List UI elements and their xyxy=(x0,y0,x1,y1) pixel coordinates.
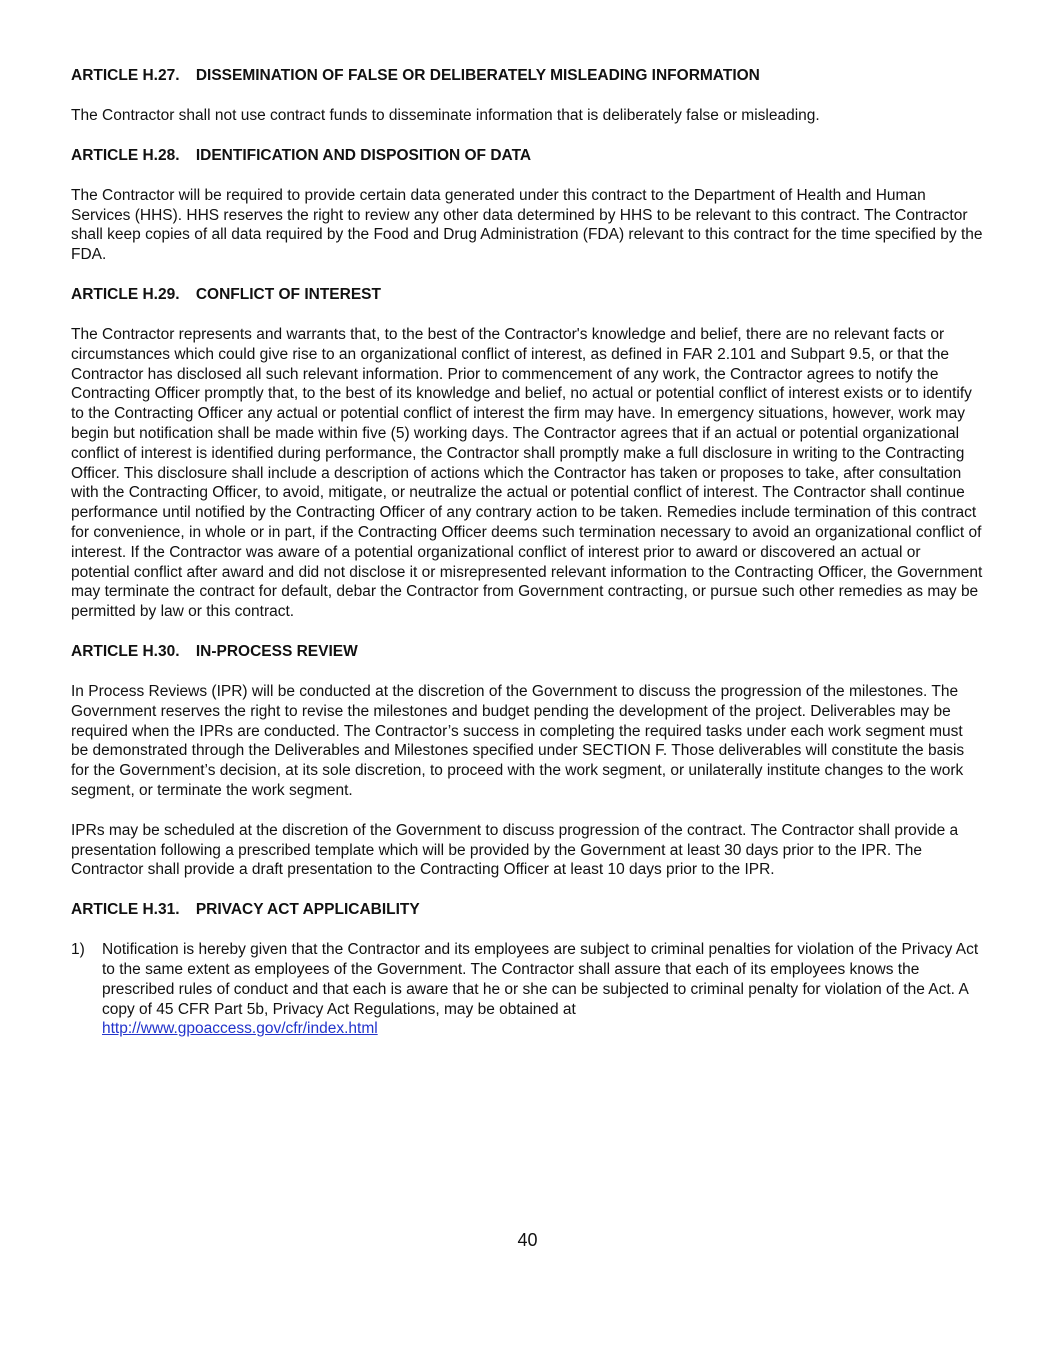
article-h29-paragraph: The Contractor represents and warrants t… xyxy=(71,325,983,622)
article-title: IN-PROCESS REVIEW xyxy=(196,643,358,660)
article-h30-paragraph-1: In Process Reviews (IPR) will be conduct… xyxy=(71,682,983,801)
article-heading-h29: ARTICLE H.29. CONFLICT OF INTEREST xyxy=(71,285,983,305)
article-number: ARTICLE H.29. xyxy=(71,286,180,303)
page-number: 40 xyxy=(0,1229,1055,1251)
article-number: ARTICLE H.30. xyxy=(71,643,180,660)
privacy-act-list-item: 1) Notification is hereby given that the… xyxy=(71,940,983,1039)
article-number: ARTICLE H.28. xyxy=(71,147,180,164)
article-heading-h30: ARTICLE H.30. IN-PROCESS REVIEW xyxy=(71,642,983,662)
article-h30-paragraph-2: IPRs may be scheduled at the discretion … xyxy=(71,821,983,880)
list-item-text: Notification is hereby given that the Co… xyxy=(102,941,978,1017)
article-number: ARTICLE H.31. xyxy=(71,901,180,918)
article-heading-h28: ARTICLE H.28. IDENTIFICATION AND DISPOSI… xyxy=(71,146,983,166)
document-page: ARTICLE H.27. DISSEMINATION OF FALSE OR … xyxy=(71,66,983,1039)
article-heading-h27: ARTICLE H.27. DISSEMINATION OF FALSE OR … xyxy=(71,66,983,86)
list-marker: 1) xyxy=(71,940,102,1039)
article-h28-paragraph: The Contractor will be required to provi… xyxy=(71,186,983,265)
article-h27-paragraph: The Contractor shall not use contract fu… xyxy=(71,106,983,126)
article-heading-h31: ARTICLE H.31. PRIVACY ACT APPLICABILITY xyxy=(71,900,983,920)
list-item-body: Notification is hereby given that the Co… xyxy=(102,940,983,1039)
article-title: PRIVACY ACT APPLICABILITY xyxy=(196,901,420,918)
article-number: ARTICLE H.27. xyxy=(71,67,180,84)
article-title: DISSEMINATION OF FALSE OR DELIBERATELY M… xyxy=(196,67,760,84)
article-title: IDENTIFICATION AND DISPOSITION OF DATA xyxy=(196,147,531,164)
article-title: CONFLICT OF INTEREST xyxy=(196,286,381,303)
cfr-link[interactable]: http://www.gpoaccess.gov/cfr/index.html xyxy=(102,1020,378,1037)
